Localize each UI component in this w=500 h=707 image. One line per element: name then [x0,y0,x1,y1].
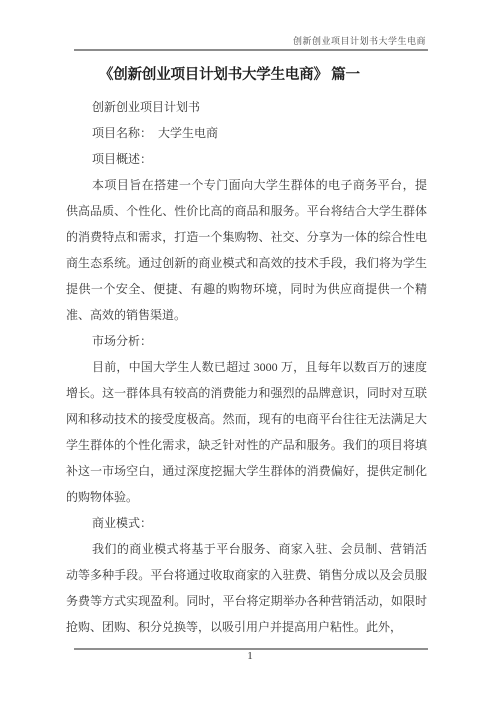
body-paragraph-market-analysis: 目前，中国大学生人数已超过 3000 万，且每年以数百万的速度增长。这一群体具有… [66,354,427,510]
body-paragraph-business-model: 我们的商业模式将基于平台服务、商家入驻、会员制、营销活动等多种手段。平台将通过收… [66,536,427,640]
document-page: 创新创业项目计划书大学生电商 《创新创业项目计划书大学生电商》 篇一 创新创业项… [0,0,500,707]
body-line-plan-title: 创新创业项目计划书 [66,94,427,120]
body-paragraph-overview: 本项目旨在搭建一个专门面向大学生群体的电子商务平台，提供高品质、个性化、性价比高… [66,172,427,328]
body-heading-business-model: 商业模式： [66,510,427,536]
body-heading-market-analysis: 市场分析： [66,328,427,354]
body-heading-project-overview: 项目概述： [66,146,427,172]
document-body: 创新创业项目计划书 项目名称： 大学生电商 项目概述： 本项目旨在搭建一个专门面… [66,94,427,640]
header-divider [74,49,428,51]
body-line-project-name: 项目名称： 大学生电商 [66,120,427,146]
page-number: 1 [0,649,500,663]
header-running-title: 创新创业项目计划书大学生电商 [293,34,426,47]
document-title: 《创新创业项目计划书大学生电商》 篇一 [99,63,360,84]
